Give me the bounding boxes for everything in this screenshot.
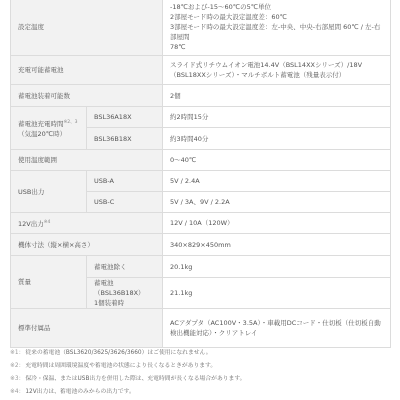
charge-time-value: 約2時間15分 xyxy=(163,107,391,128)
footnote: ※4：12V出力は、蓄電池のみからの出力です。 xyxy=(10,386,390,399)
usb-port-value: 5V / 2.4A xyxy=(163,171,391,192)
footnote: ※3：保冷・保温、またはUSB出力を併用した際は、充電時間が長くなる場合がありま… xyxy=(10,373,390,386)
footnote-text: 充電時間は周囲環境温度や蓄電池の状態により長くなるときがあります。 xyxy=(25,363,216,369)
battery-slots-label: 蓄電池装着可能数 xyxy=(11,85,163,107)
row-charge-time-a: 蓄電池充電時間※2、3 （気温20℃時） BSL36A18X 約2時間15分 xyxy=(11,107,391,128)
row-battery-slots: 蓄電池装着可能数 2個 xyxy=(11,85,391,107)
accessories-label: 標準付属品 xyxy=(11,309,163,348)
compatible-battery-value: スライド式リチウムイオン電池14.4V（BSL14XXシリーズ）/18V（BSL… xyxy=(163,56,391,85)
weight-value: 21.1kg xyxy=(163,278,391,309)
usb-output-label: USB出力 xyxy=(11,171,87,213)
operating-temp-label: 使用温度範囲 xyxy=(11,150,163,171)
weight-condition-line: 蓄電池（BSL36B18X） xyxy=(94,278,155,298)
row-12v-output: 12V出力※4 12V / 10A（120W） xyxy=(11,213,391,234)
dc12v-output-value: 12V / 10A（120W） xyxy=(163,213,391,234)
compatible-battery-label: 充電可能蓄電池 xyxy=(11,56,163,85)
weight-condition: 蓄電池（BSL36B18X） 1個装着時 xyxy=(87,278,163,309)
row-dimensions: 機体寸法（縦×横×高さ） 340×829×450mm xyxy=(11,234,391,256)
dc12v-footnote-ref: ※4 xyxy=(44,220,51,225)
footnote-mark: ※1： xyxy=(10,350,24,356)
charge-time-label: 蓄電池充電時間※2、3 （気温20℃時） xyxy=(11,107,87,150)
usb-port-label: USB-A xyxy=(87,171,163,192)
footnote-text: 12V出力は、蓄電池のみからの出力です。 xyxy=(25,389,134,395)
row-set-temperature: 設定温度 -18℃および-15～60℃の5℃単位 2部屋モード時の最大設定温度差… xyxy=(11,0,391,56)
footnote-text: 保冷・保温、またはUSB出力を併用した際は、充電時間が長くなる場合があります。 xyxy=(25,376,245,382)
charge-time-footnote-ref: ※2、3 xyxy=(64,120,78,125)
set-temperature-value: -18℃および-15～60℃の5℃単位 2部屋モード時の最大設定温度差：60℃ … xyxy=(163,0,391,56)
charge-time-model: BSL36B18X xyxy=(87,128,163,150)
footnote: ※1：従来の蓄電池（BSL3620/3625/3626/3660）はご使用になれ… xyxy=(10,347,390,360)
set-temperature-line: 78℃ xyxy=(170,42,383,52)
footnotes: ※1：従来の蓄電池（BSL3620/3625/3626/3660）はご使用になれ… xyxy=(10,347,390,399)
set-temperature-line: 3部屋モード時の最大設定温度差：左-中央、中央-右部屋間 60℃ / 左-右 部… xyxy=(170,22,383,42)
set-temperature-line: -18℃および-15～60℃の5℃単位 xyxy=(170,2,383,12)
set-temperature-label: 設定温度 xyxy=(11,0,163,56)
row-operating-temp: 使用温度範囲 0～40℃ xyxy=(11,150,391,171)
spec-table: 設定温度 -18℃および-15～60℃の5℃単位 2部屋モード時の最大設定温度差… xyxy=(10,0,391,348)
set-temperature-line: 2部屋モード時の最大設定温度差：60℃ xyxy=(170,12,383,22)
charge-time-label-text: 蓄電池充電時間 xyxy=(18,120,64,128)
weight-condition: 蓄電池除く xyxy=(87,256,163,278)
footnote-mark: ※2： xyxy=(10,363,24,369)
dimensions-value: 340×829×450mm xyxy=(163,234,391,256)
charge-time-model: BSL36A18X xyxy=(87,107,163,128)
row-compatible-battery: 充電可能蓄電池 スライド式リチウムイオン電池14.4V（BSL14XXシリーズ）… xyxy=(11,56,391,85)
dc12v-output-label: 12V出力※4 xyxy=(11,213,163,234)
footnote-mark: ※3： xyxy=(10,376,24,382)
footnote: ※2：充電時間は周囲環境温度や蓄電池の状態により長くなるときがあります。 xyxy=(10,360,390,373)
row-usb-a: USB出力 USB-A 5V / 2.4A xyxy=(11,171,391,192)
weight-value: 20.1kg xyxy=(163,256,391,278)
accessories-value: ACアダプタ（AC100V・3.5A）・車載用DCコード・仕切板（仕切板自動検出… xyxy=(163,309,391,348)
row-weight-no-battery: 質量 蓄電池除く 20.1kg xyxy=(11,256,391,278)
battery-slots-value: 2個 xyxy=(163,85,391,107)
usb-port-value: 5V / 3A、9V / 2.2A xyxy=(163,192,391,213)
dimensions-label: 機体寸法（縦×横×高さ） xyxy=(11,234,163,256)
weight-condition-line: 1個装着時 xyxy=(94,298,155,308)
charge-time-condition: （気温20℃時） xyxy=(18,129,79,139)
usb-port-label: USB-C xyxy=(87,192,163,213)
footnote-text: 従来の蓄電池（BSL3620/3625/3626/3660）はご使用になれません… xyxy=(25,350,211,356)
weight-label: 質量 xyxy=(11,256,87,309)
footnote-mark: ※4： xyxy=(10,389,24,395)
operating-temp-value: 0～40℃ xyxy=(163,150,391,171)
dc12v-output-label-text: 12V出力 xyxy=(18,220,44,228)
charge-time-value: 約3時間40分 xyxy=(163,128,391,150)
row-accessories: 標準付属品 ACアダプタ（AC100V・3.5A）・車載用DCコード・仕切板（仕… xyxy=(11,309,391,348)
